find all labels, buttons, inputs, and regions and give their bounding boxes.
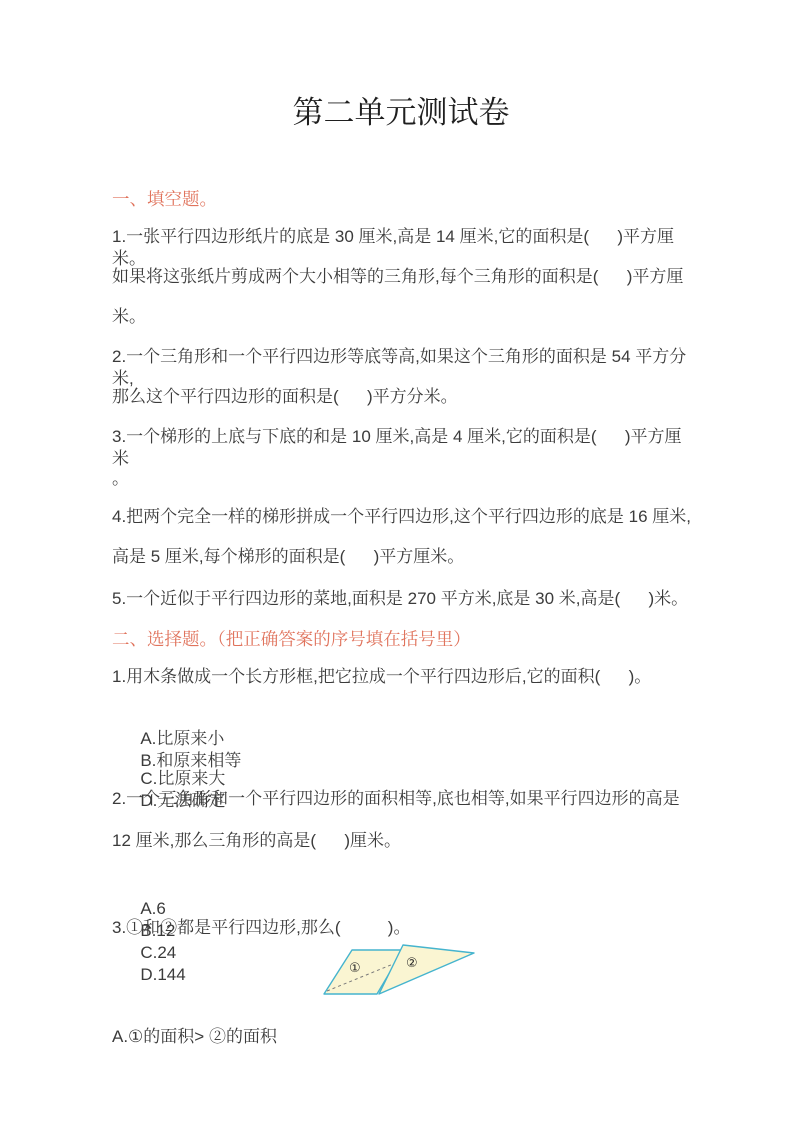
choice-q1-option-a: A.比原来小 <box>140 728 290 750</box>
page-title: 第二单元测试卷 <box>0 94 690 132</box>
section-1-heading: 一、填空题。 <box>112 188 694 226</box>
fill-q1-line-1: 1.一张平行四边形纸片的底是 30 厘米,高是 14 厘米,它的面积是( )平方… <box>112 226 694 266</box>
section-2-heading: 二、选择题。（把正确答案的序号填在括号里） <box>112 628 694 666</box>
fill-q5-line-1: 5.一个近似于平行四边形的菜地,面积是 270 平方米,底是 30 米,高是( … <box>112 588 694 628</box>
choice-q2-line-1: 2.一个三角形和一个平行四边形的面积相等,底也相等,如果平行四边形的高是 <box>112 788 694 830</box>
test-paper-page: 第二单元测试卷 一、填空题。 1.一张平行四边形纸片的底是 30 厘米,高是 1… <box>0 0 793 1122</box>
fill-q1-line-2: 如果将这张纸片剪成两个大小相等的三角形,每个三角形的面积是( )平方厘 <box>112 266 694 306</box>
choice-q2-option-c: C.24 <box>140 942 209 964</box>
choice-q1-options-ab: A.比原来小 B.和原来相等 <box>112 706 694 746</box>
fill-q1-line-3: 米。 <box>112 306 694 346</box>
paper-content: 一、填空题。 1.一张平行四边形纸片的底是 30 厘米,高是 14 厘米,它的面… <box>112 188 694 1066</box>
fill-q3-line-2: 。 <box>112 468 694 506</box>
choice-q2-option-d: D.144 <box>140 965 185 984</box>
parallelogram-figure: ① ② <box>318 940 694 996</box>
fill-q4-line-2: 高是 5 厘米,每个梯形的面积是( )平方厘米。 <box>112 546 694 588</box>
choice-q1-option-c: C.比原来大 <box>140 768 298 790</box>
figure-label-1: ① <box>349 961 361 976</box>
fill-q3-line-1: 3.一个梯形的上底与下底的和是 10 厘米,高是 4 厘米,它的面积是( )平方… <box>112 426 694 468</box>
choice-q1-line-1: 1.用木条做成一个长方形框,把它拉成一个平行四边形后,它的面积( )。 <box>112 666 694 706</box>
fill-q2-line-2: 那么这个平行四边形的面积是( )平方分米。 <box>112 386 694 426</box>
choice-q3-line-1: 3.①和②都是平行四边形,那么( )。 <box>112 917 694 940</box>
choice-q2-options: A.6 B.12 C.24 D.144 <box>112 876 694 917</box>
choice-q2-line-2: 12 厘米,那么三角形的高是( )厘米。 <box>112 830 694 876</box>
choice-q3-option-a: A.①的面积> ②的面积 <box>112 1026 694 1066</box>
fill-q2-line-1: 2.一个三角形和一个平行四边形等底等高,如果这个三角形的面积是 54 平方分米, <box>112 346 694 386</box>
figure-label-2: ② <box>406 956 418 971</box>
fill-q4-line-1: 4.把两个完全一样的梯形拼成一个平行四边形,这个平行四边形的底是 16 厘米, <box>112 506 694 546</box>
parallelogram-figure-svg: ① ② <box>318 940 488 1000</box>
